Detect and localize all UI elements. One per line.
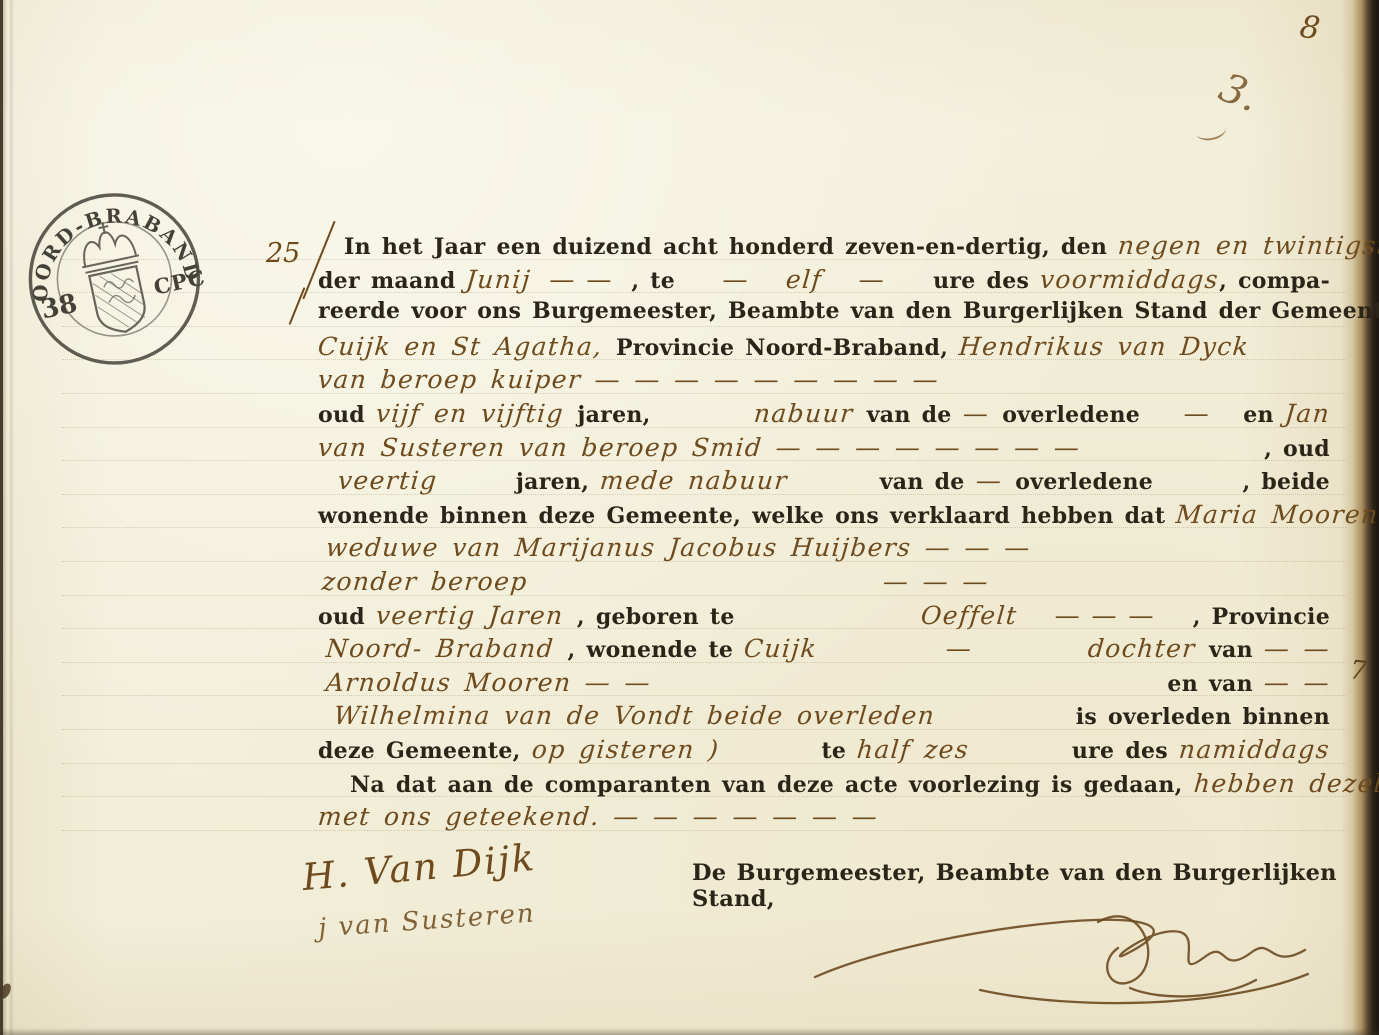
blank-space — [719, 735, 821, 764]
act-line: wonende binnen deze Gemeente, welke ons … — [318, 500, 1330, 534]
blank-space — [541, 567, 882, 596]
act-line: met ons geteekend. — — — — — — — — [318, 802, 1330, 836]
act-line: Arnoldus Mooren — — en van — — — [318, 668, 1330, 702]
handwritten-text: Maria Mooren — [1175, 500, 1379, 529]
pen-flick-mark — [1194, 119, 1227, 143]
handwritten-text: — — [974, 466, 1016, 495]
document-page: { "page": { "corner_number": "8", "corne… — [0, 0, 1379, 1035]
act-line: van beroep kuiper — — — — — — — — — — [318, 365, 1330, 399]
handwritten-text: Junij — [465, 265, 533, 294]
handwritten-text: negen en twintigsten — [1117, 231, 1379, 260]
handwritten-text: elf — [785, 265, 824, 294]
blank-space — [1164, 466, 1242, 495]
act-number: 25 — [266, 238, 300, 269]
blank-space — [801, 466, 879, 495]
printed-text: van de — [867, 402, 963, 428]
act-line: weduwe van Marijanus Jacobus Huijbers — … — [318, 533, 1330, 567]
handwritten-text: — — — [1263, 668, 1332, 697]
printed-text: te — [821, 738, 857, 764]
handwritten-text: — — [961, 399, 1003, 428]
printed-text: , geboren te — [577, 604, 746, 630]
handwritten-text: van Susteren van beroep Smid — — — — — —… — [317, 433, 1082, 462]
act-line: Na dat aan de comparanten van deze acte … — [318, 769, 1330, 803]
blank-space: — — [831, 634, 1088, 663]
handwritten-text: Jan — [1283, 399, 1331, 428]
blank-space — [949, 701, 1076, 730]
handwritten-text: vijf en vijftig — [375, 399, 579, 428]
handwritten-text: met ons geteekend. — — — — — — — — [317, 802, 880, 831]
act-line: oud vijf en vijftig jaren, nabuur van de… — [318, 399, 1330, 433]
blank-space — [1080, 433, 1264, 462]
printed-text: wonende binnen deze Gemeente, welke ons … — [318, 503, 1176, 529]
printed-text: van — [1209, 637, 1264, 663]
blank-space — [662, 399, 754, 428]
printed-text: en — [1243, 402, 1285, 428]
printed-text: der maand — [318, 268, 466, 294]
printed-text: , Provincie — [1193, 604, 1330, 630]
handwritten-text: Arnoldus Mooren — — — [325, 668, 666, 697]
provincial-stamp: NOORD-BRABAND. 38 CPC — [7, 167, 222, 386]
printed-text: jaren, — [577, 402, 661, 428]
handwritten-text: Hendrikus van Dyck — [958, 332, 1251, 361]
printed-text: oud — [318, 604, 376, 630]
handwritten-text: Oeffelt — [920, 601, 1019, 630]
handwritten-text: — — — — [881, 567, 989, 596]
handwritten-text: zonder beroep — [321, 567, 543, 596]
printed-text: overledene — [1002, 402, 1151, 428]
handwritten-text: half zes — [856, 735, 971, 764]
blank-space: — — [686, 265, 786, 294]
stamp-initials: CPC — [151, 264, 207, 299]
handwritten-text: Wilhelmina van de Vondt beide overleden — [333, 701, 950, 730]
blank-space: — — [1151, 399, 1243, 428]
pen-mark: 3. — [1213, 65, 1266, 122]
handwritten-text: nabuur — [752, 399, 867, 428]
printed-text: In het Jaar een duizend acht honderd zev… — [344, 234, 1118, 260]
blank-space — [746, 601, 921, 630]
printed-text: oud — [318, 402, 376, 428]
act-line: van Susteren van beroep Smid — — — — — —… — [318, 433, 1330, 467]
blank-space — [939, 365, 1330, 394]
act-line: Wilhelmina van de Vondt beide overleden … — [318, 701, 1330, 735]
printed-text: , compa- — [1219, 268, 1330, 294]
blank-space: — — — [531, 265, 631, 294]
act-line: oud veertig Jaren , geboren te Oeffelt —… — [318, 601, 1330, 635]
act-line: der maand Junij — — , te — elf — ure des… — [318, 265, 1330, 299]
handwritten-text: Noord- Braband — [325, 634, 569, 663]
printed-text: deze Gemeente, — [318, 738, 532, 764]
blank-space: — — — — [1017, 601, 1192, 630]
handwritten-text: veertig Jaren — [375, 601, 579, 630]
edge-pen-mark: 7 — [1348, 655, 1368, 687]
printed-text: Provincie Noord-Braband, — [616, 335, 959, 361]
handwritten-text: op gisteren ) — [530, 735, 720, 764]
page-left-edge — [0, 0, 16, 1035]
blank-space — [989, 567, 1330, 596]
handwritten-text: voormiddags — [1039, 265, 1221, 294]
act-line: Cuijk en St Agatha, Provincie Noord-Brab… — [318, 332, 1330, 366]
act-line: deze Gemeente, op gisteren ) te half zes… — [318, 735, 1330, 769]
printed-text: , beide — [1242, 469, 1330, 495]
printed-text: is overleden binnen — [1076, 704, 1330, 730]
printed-text: ure des — [1072, 738, 1179, 764]
handwritten-text: hebben dezelve — [1192, 769, 1379, 798]
handwritten-text: veertig — [337, 466, 439, 495]
stamp-arc-text: NOORD-BRABAND. — [7, 167, 205, 319]
printed-text: jaren, — [516, 469, 600, 495]
burgemeester-signature — [800, 892, 1360, 1022]
page-bottom-shadow — [0, 1028, 1379, 1035]
act-line: zonder beroep — — — — [318, 567, 1330, 601]
page-number: 8 — [1298, 9, 1323, 47]
witness-signature-van-susteren: j van Susteren — [317, 898, 536, 943]
printed-text: Na dat aan de comparanten van deze acte … — [350, 772, 1194, 798]
handwritten-text: Cuijk en St Agatha, — [317, 332, 617, 361]
printed-text: ure des — [922, 268, 1040, 294]
handwritten-text: namiddags — [1178, 735, 1332, 764]
blank-space — [438, 466, 516, 495]
printed-text: , wonende te — [568, 637, 745, 663]
printed-text: , oud — [1264, 436, 1330, 462]
witness-signature-van-dijk: H. Van Dijk — [301, 836, 538, 899]
act-line: reerde voor ons Burgemeester, Beambte va… — [318, 298, 1330, 332]
act-lines: In het Jaar een duizend acht honderd zev… — [318, 231, 1330, 836]
handwritten-text: dochter — [1087, 634, 1211, 663]
blank-space — [664, 668, 1167, 697]
handwritten-text: van beroep kuiper — — — — — — — — — — [317, 365, 941, 394]
printed-text: , te — [631, 268, 686, 294]
handwritten-text: Cuijk — [743, 634, 832, 663]
printed-text: van de — [880, 469, 976, 495]
handwritten-text: weduwe van Marijanus Jacobus Huijbers — … — [325, 533, 1032, 562]
printed-text: en van — [1167, 671, 1263, 697]
handwritten-text: mede nabuur — [599, 466, 803, 495]
blank-space: — — [822, 265, 922, 294]
act-line: In het Jaar een duizend acht honderd zev… — [318, 231, 1330, 265]
act-line: Noord- Braband , wonende te Cuijk — doch… — [318, 634, 1330, 668]
act-line: veertig jaren, mede nabuur van de — over… — [318, 466, 1330, 500]
printed-text: overledene — [1015, 469, 1164, 495]
blank-space — [969, 735, 1071, 764]
svg-text:NOORD-BRABAND.: NOORD-BRABAND. — [7, 167, 205, 319]
handwritten-text: — — — [1263, 634, 1332, 663]
printed-text: reerde voor ons Burgemeester, Beambte va… — [318, 298, 1379, 324]
